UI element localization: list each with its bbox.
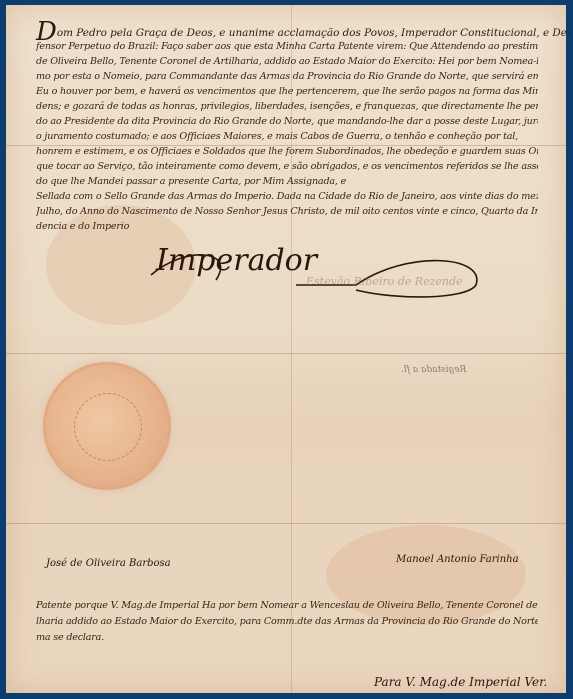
document-paper: Dom Pedro pela Graça de Deos, e unanime … (6, 5, 566, 693)
body-line: honrem e estimem, e os Officiaes e Solda… (36, 146, 538, 158)
body-line: Julho, do Anno do Nascimento de Nosso Se… (36, 206, 538, 218)
body-line: mo por esta o Nomeio, para Commandante d… (36, 71, 538, 83)
body-line: o juramento costumado; e aos Officiaes M… (36, 131, 538, 143)
summary-line: ma se declara. (36, 632, 538, 644)
faded-annotation: Estevão Ribeiro de Rezende (306, 275, 463, 288)
body-line: Sellada com o Sello Grande das Armas do … (36, 191, 538, 203)
body-line: dens; e gozará de todas as honras, privi… (36, 101, 538, 113)
body-line: fensor Perpetuo do Brazil: Faço saber ao… (36, 41, 538, 53)
summary-line: lharia addido ao Estado Maior do Exercit… (36, 616, 538, 628)
fold-line (6, 523, 566, 524)
closing-line: Para V. Mag.de Imperial Ver. (374, 675, 547, 689)
seal-emblem-icon (74, 393, 142, 461)
body-line: dencia e do Imperio (36, 221, 538, 233)
reverse-note: Registada a fl. (401, 365, 466, 375)
body-line: do que lhe Mandei passar a presente Cart… (36, 176, 538, 188)
right-signature: Manoel Antonio Farinha (396, 554, 519, 565)
body-line: Eu o houver por bem, e haverá os vencime… (36, 86, 538, 98)
body-line: que tocar ao Serviço, tão inteiramente c… (36, 161, 538, 173)
summary-line: Patente porque V. Mag.de Imperial Ha por… (36, 600, 538, 612)
body-line: do ao Presidente da dita Provincia do Ri… (36, 116, 538, 128)
body-line: de Oliveira Bello, Tenente Coronel de Ar… (36, 56, 538, 68)
fold-line (6, 353, 566, 354)
left-signature: José de Oliveira Barbosa (46, 558, 171, 569)
imperial-seal (46, 365, 168, 487)
opening-text: om Pedro pela Graça de Deos, e unanime a… (57, 27, 571, 39)
